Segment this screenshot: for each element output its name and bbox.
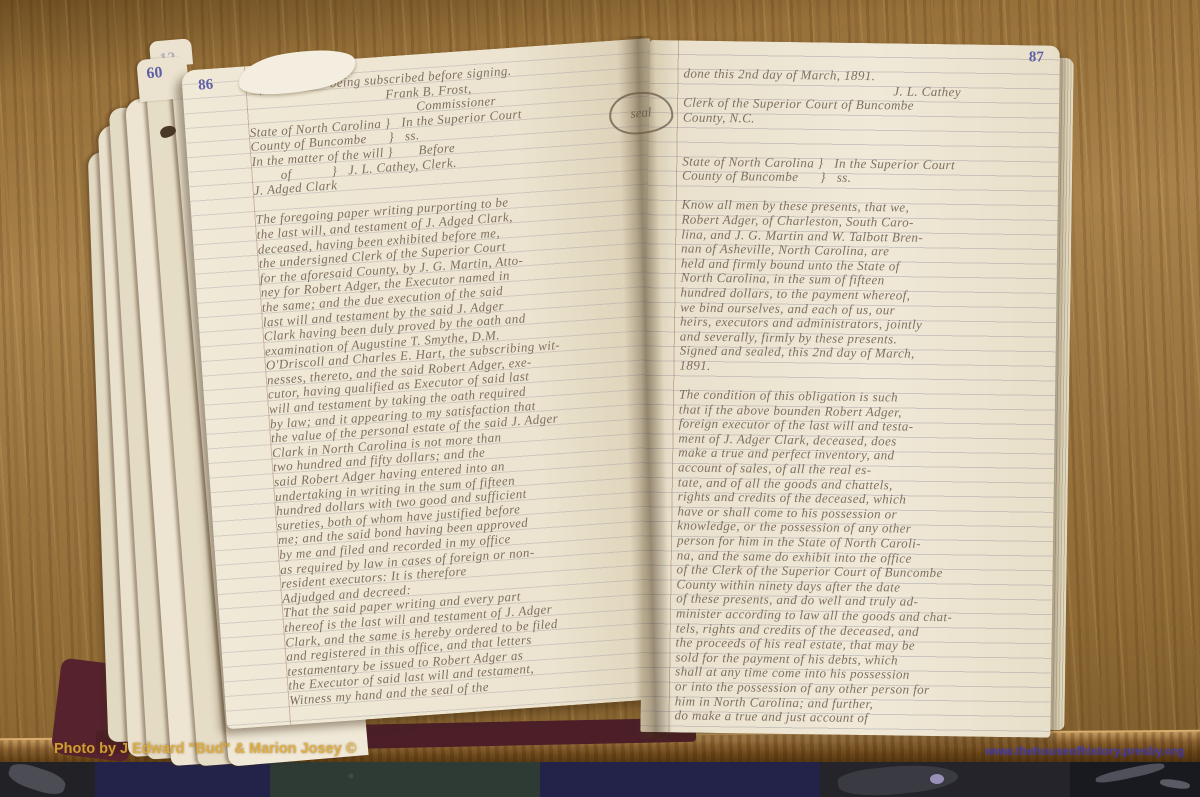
seal-label: seal — [630, 104, 652, 122]
right-page-text: done this 2nd day of March, 1891.J. L. C… — [640, 40, 1060, 738]
dark-fabric-patch — [270, 762, 540, 797]
photo-scene: 12 60 86 of each other being subscribed … — [0, 0, 1200, 797]
url-watermark: www.thehouseofhistory.presby.org — [985, 744, 1184, 758]
photographer-watermark: Photo by J Edward "Bud" & Marion Josey © — [54, 741, 356, 757]
right-page: 87 done this 2nd day of March, 1891.J. L… — [640, 40, 1060, 738]
ring-glint — [930, 774, 944, 784]
under-table-background — [0, 762, 1200, 797]
